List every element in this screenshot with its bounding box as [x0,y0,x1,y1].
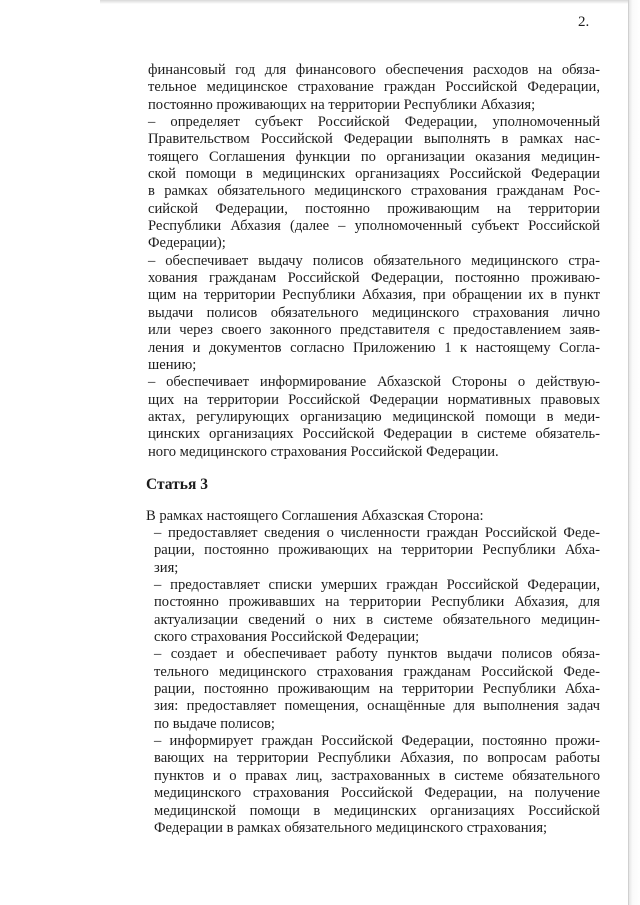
text-line: постоянно проживающих на территории Респ… [148,97,600,114]
text-line: сийской Федерации, постоянно проживающим… [148,201,600,218]
text-line: в рамках обязательного медицинского стра… [148,183,600,200]
text-line: финансовый год для финансового обеспечен… [148,62,600,79]
text-line: тельного медицинского страхования гражда… [154,664,600,681]
text-line: – обеспечивает выдачу полисов обязательн… [148,253,600,270]
text-line: актах, регулирующих организацию медицинс… [148,409,600,426]
text-line: Федерации); [148,235,600,252]
text-line: медицинского страхования Российской Феде… [154,785,600,802]
text-line: – предоставляет списки умерших граждан Р… [154,577,600,594]
text-line: щих на территории Российской Федерации н… [148,392,600,409]
text-line: зия; [154,560,600,577]
text-line: ного медицинского страхования Российской… [148,444,600,461]
text-line: хования гражданам Российской Федерации, … [148,270,600,287]
page-number: 2. [578,14,589,31]
text-line: зия: предоставляет помещения, оснащённые… [154,698,600,715]
text-line: ской помощи в медицинских организациях Р… [148,166,600,183]
text-line: – определяет субъект Российской Федераци… [148,114,600,131]
text-line: – информирует граждан Российской Федерац… [154,733,600,750]
text-line: пунктов и о правах лиц, застрахованных в… [154,768,600,785]
text-line: щим на территории Республики Абхазия, пр… [148,287,600,304]
article-3-text: – предоставляет сведения о численности г… [154,525,600,837]
text-line: вающих на территории Республики Абхазия,… [154,750,600,767]
text-line: ского страхования Российской Федерации; [154,629,600,646]
text-line: цинских организациях Российской Федераци… [148,426,600,443]
text-line: или через своего законного представителя… [148,322,600,339]
text-line: рации, постоянно проживающих на территор… [154,542,600,559]
text-line: актуализации сведений о них в системе об… [154,612,600,629]
text-line: Федерации в рамках обязательного медицин… [154,820,600,837]
text-line: тельное медицинское страхование граждан … [148,79,600,96]
section-continued-text: финансовый год для финансового обеспечен… [148,62,600,461]
text-line: Правительством Российской Федерации выпо… [148,131,600,148]
text-line: – создает и обеспечивает работу пунктов … [154,646,600,663]
article-3-intro: В рамках настоящего Соглашения Абхазская… [146,508,484,525]
text-line: постоянно проживавших на территории Респ… [154,594,600,611]
text-line: выдачи полисов обязательного медицинског… [148,305,600,322]
text-line: ления и документов согласно Приложению 1… [148,340,600,357]
text-line: шению; [148,357,600,374]
article-3-heading: Статья 3 [146,476,208,494]
text-line: тоящего Соглашения функции по организаци… [148,149,600,166]
text-line: медицинской помощи в медицинских организ… [154,803,600,820]
scan-edge-right [628,0,640,905]
text-line: по выдаче полисов; [154,716,600,733]
text-line: – предоставляет сведения о численности г… [154,525,600,542]
text-line: Республики Абхазия (далее – уполномоченн… [148,218,600,235]
text-line: – обеспечивает информирование Абхазской … [148,374,600,391]
text-line: рации, постоянно проживающим на территор… [154,681,600,698]
scan-edge-top [100,0,628,4]
